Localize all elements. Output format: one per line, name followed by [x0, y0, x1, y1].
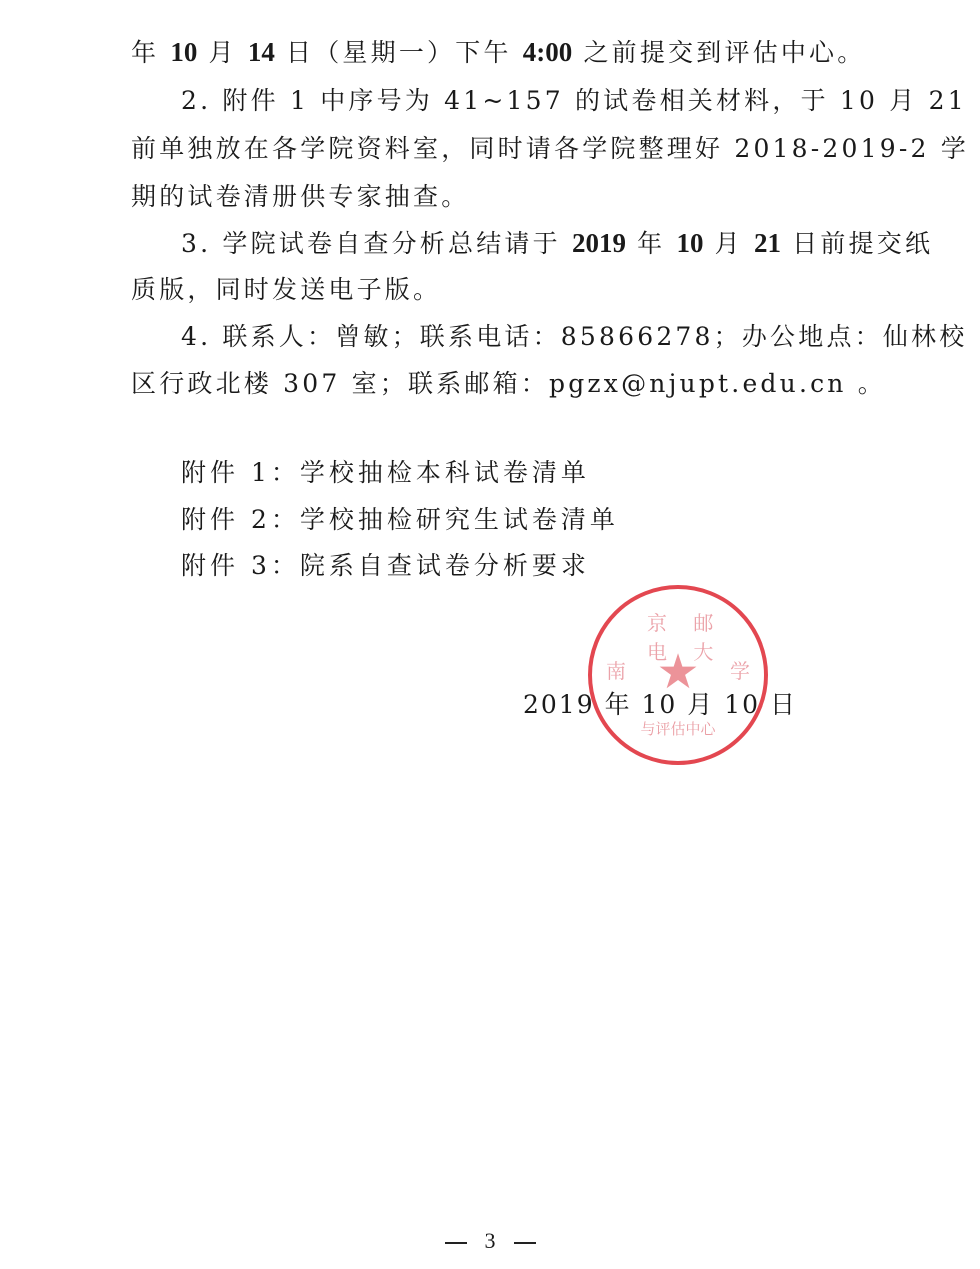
paragraph-continuation: 年 10 月 14 日（星期一）下午 4:00 之前提交到评估中心。 [131, 37, 861, 68]
text: 年 [131, 38, 159, 67]
dash-right [514, 1242, 536, 1244]
item-2-line-2: 前单独放在各学院资料室，同时请各学院整理好 2018-2019-2 学 [131, 134, 861, 164]
item-3-line-1: 3. 学院试卷自查分析总结请于 2019 年 10 月 21 日前提交纸 [131, 228, 861, 259]
text: 之前提交到评估中心。 [583, 38, 865, 67]
attachment-1: 附件 1：学校抽检本科试卷清单 [181, 458, 590, 488]
text: 年 [637, 229, 665, 258]
seal-right-text: 学 [730, 655, 750, 684]
text: 日前提交纸 [792, 229, 933, 258]
text: 10 [170, 37, 197, 67]
text: 3. 学院试卷自查分析总结请于 [181, 229, 561, 258]
text: 2019 [572, 228, 626, 258]
page-number: 3 [0, 1228, 980, 1254]
text: 月 [209, 38, 237, 67]
seal-bottom-text: 与评估中心 [592, 718, 764, 739]
item-4-line-1: 4. 联系人：曾敏；联系电话：85866278；办公地点：仙林校 [131, 322, 861, 352]
text: 4:00 [523, 37, 573, 67]
attachment-3: 附件 3：院系自查试卷分析要求 [181, 551, 590, 581]
item-2-line-1: 2. 附件 1 中序号为 41~157 的试卷相关材料，于 10 月 21 日 [131, 86, 861, 116]
official-seal: 京 邮 电 大 南 学 ★ 与评估中心 [588, 585, 768, 765]
star-icon: ★ [656, 648, 699, 696]
text: 21 [754, 228, 781, 258]
document-page: 年 10 月 14 日（星期一）下午 4:00 之前提交到评估中心。 2. 附件… [0, 0, 980, 1269]
text: 日（星期一）下午 [286, 38, 512, 67]
text: 月 [715, 229, 743, 258]
page-number-value: 3 [485, 1228, 496, 1253]
signature-date: 2019 年 10 月 10 日 [523, 690, 797, 720]
attachment-2: 附件 2：学校抽检研究生试卷清单 [181, 505, 619, 535]
seal-left-text: 南 [606, 655, 626, 684]
text: 14 [248, 37, 275, 67]
item-2-line-3: 期的试卷清册供专家抽查。 [131, 182, 861, 212]
item-3-line-2: 质版，同时发送电子版。 [131, 275, 861, 305]
text: 10 [676, 228, 703, 258]
dash-left [445, 1242, 467, 1244]
item-4-line-2: 区行政北楼 307 室；联系邮箱：pgzx@njupt.edu.cn 。 [131, 369, 861, 399]
